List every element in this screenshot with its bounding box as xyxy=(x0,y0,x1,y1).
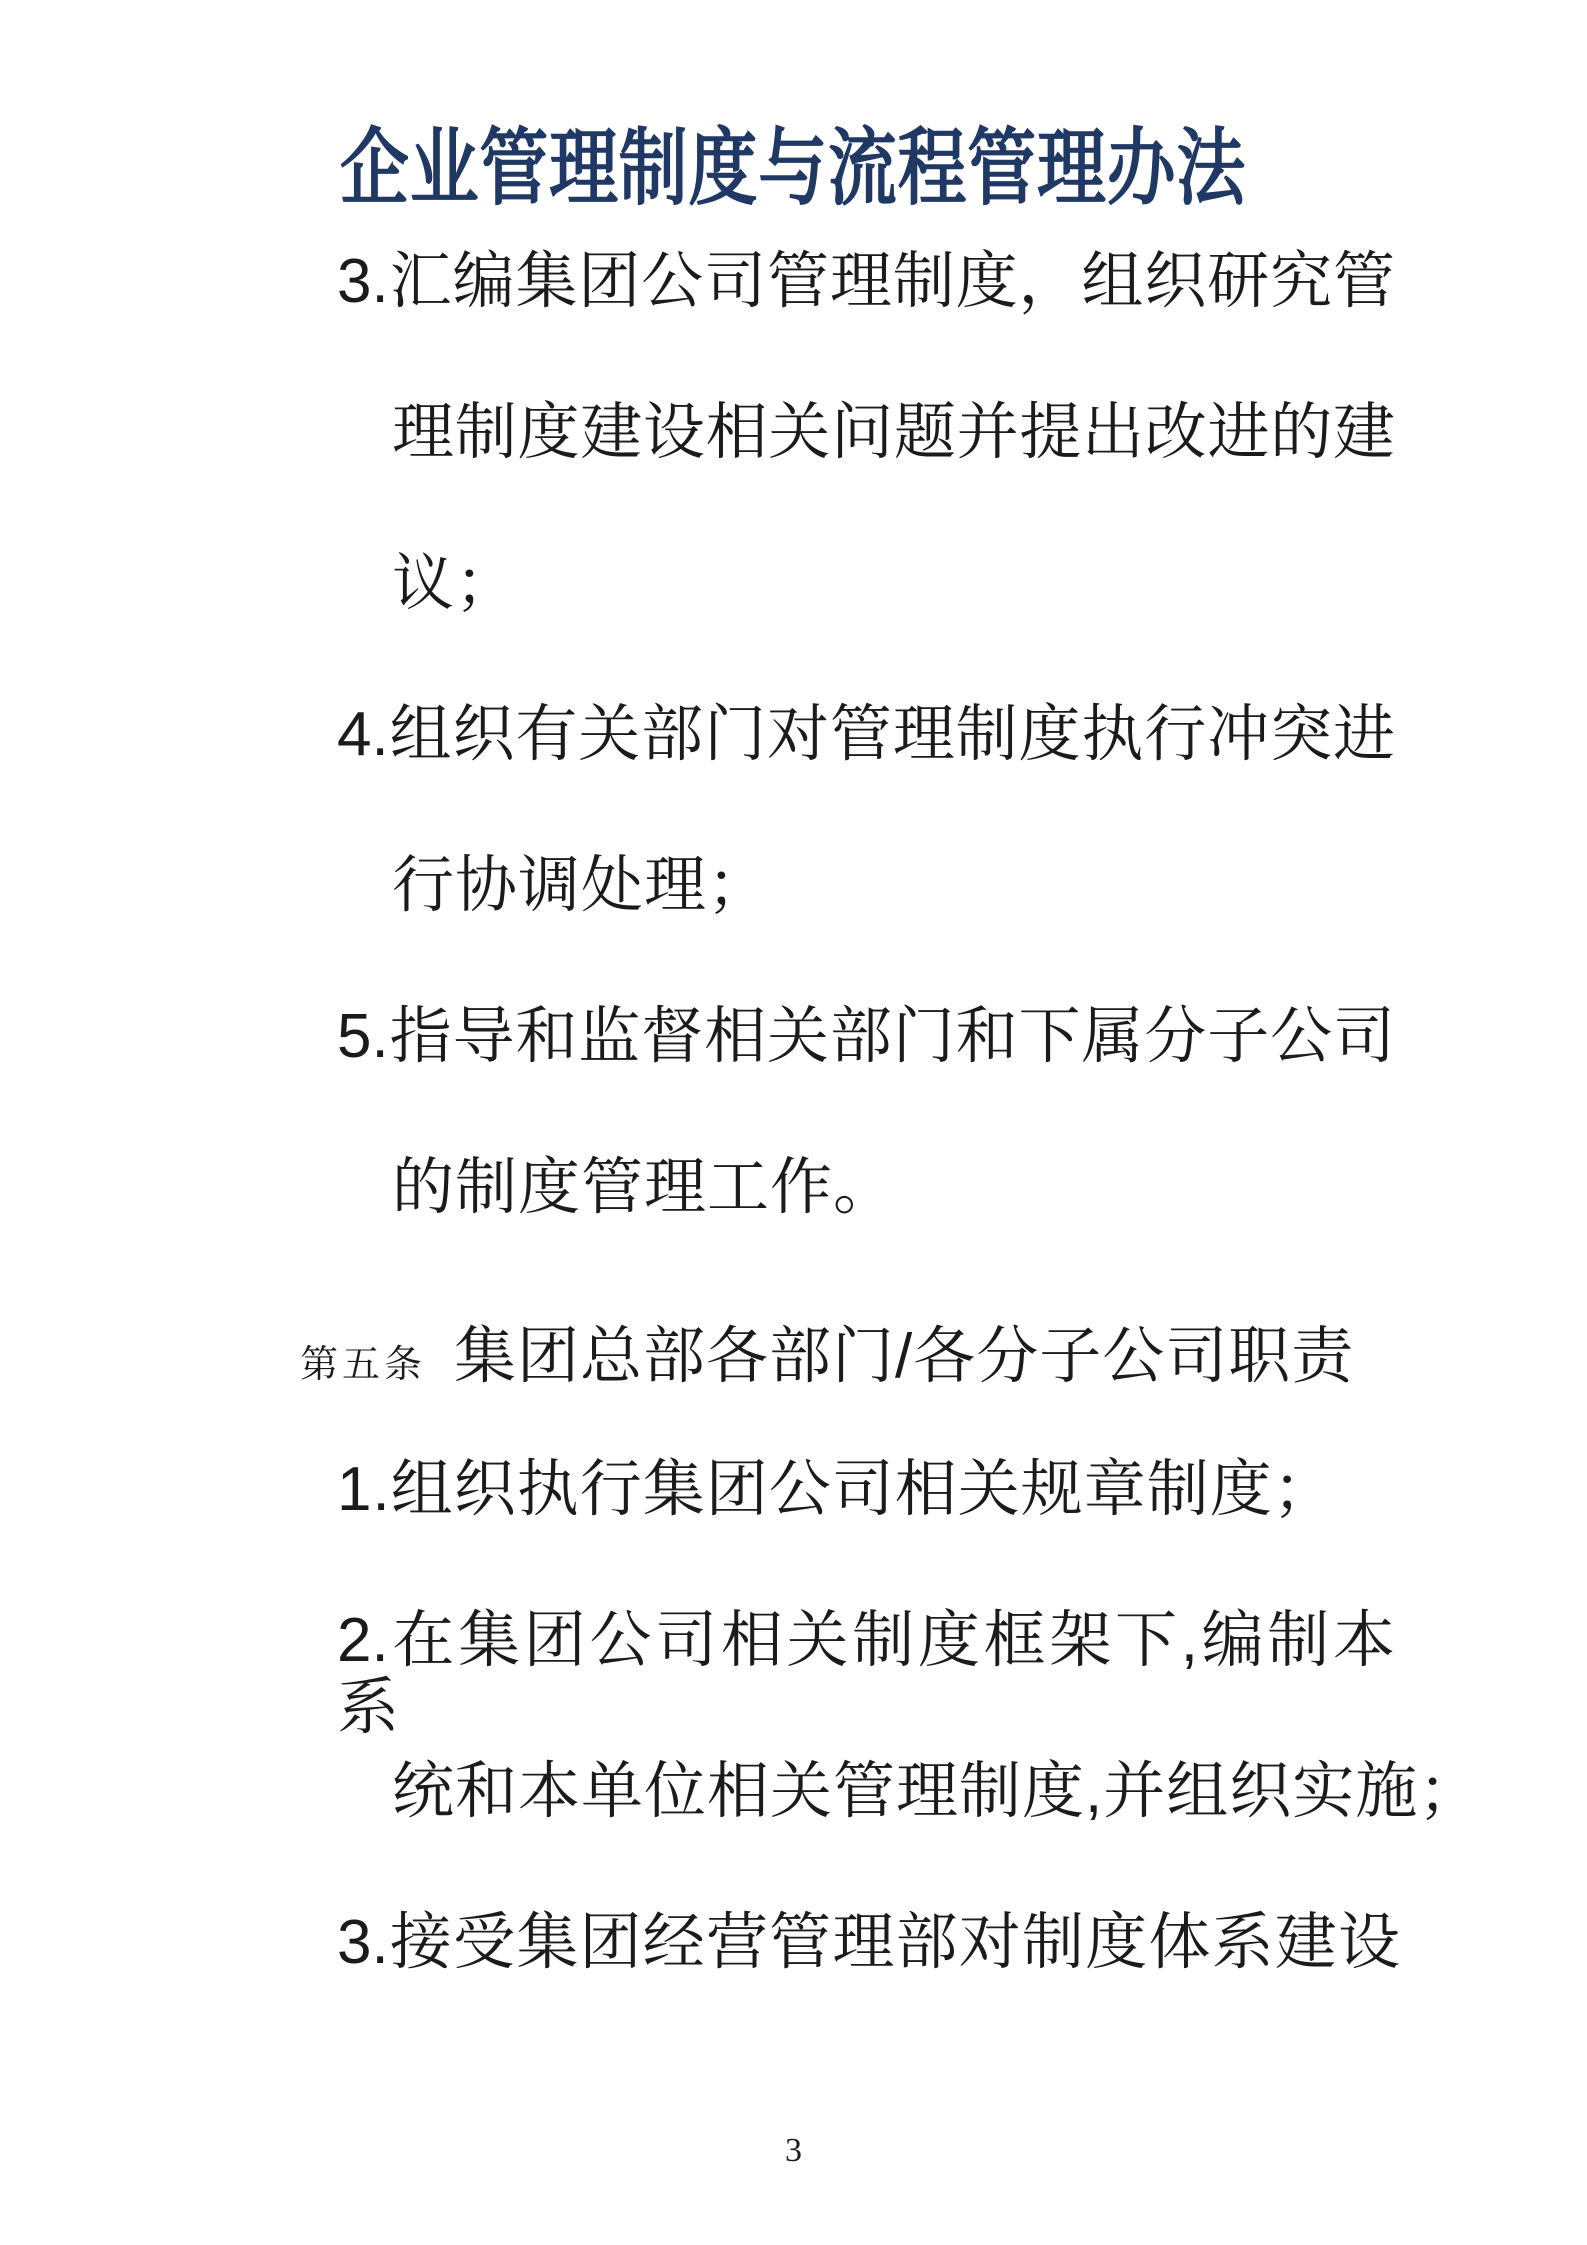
document-page: 企业管理制度与流程管理办法 3.汇编集团公司管理制度，组织研究管 理制度建设相关… xyxy=(0,0,1587,2245)
body-line-item3-1: 3.汇编集团公司管理制度，组织研究管 xyxy=(337,249,1395,316)
article-number-label: 第五条 xyxy=(300,1344,426,1386)
body-line-item4-1: 4.组织有关部门对管理制度执行冲突进 xyxy=(337,702,1395,769)
body-line-sub2-2: 统和本单位相关管理制度,并组织实施； xyxy=(392,1759,1481,1826)
body-line-sub3-1: 3.接受集团经营管理部对制度体系建设 xyxy=(337,1910,1400,1977)
body-line-item5-2: 的制度管理工作。 xyxy=(392,1155,896,1222)
body-line-item3-2: 理制度建设相关问题并提出改进的建 xyxy=(392,400,1395,467)
article-heading: 集团总部各部门/各分子公司职责 xyxy=(454,1322,1354,1391)
document-title: 企业管理制度与流程管理办法 xyxy=(340,122,1246,214)
body-line-item3-3: 议； xyxy=(392,551,518,618)
page-number: 3 xyxy=(0,2132,1587,2170)
body-line-sub2-1: 2.在集团公司相关制度框架下,编制本系 xyxy=(337,1608,1395,1742)
body-line-sub1: 1.组织执行集团公司相关规章制度； xyxy=(337,1457,1336,1524)
body-line-item4-2: 行协调处理； xyxy=(392,853,770,920)
article-heading-row: 第五条集团总部各部门/各分子公司职责 xyxy=(300,1306,1354,1395)
body-line-item5-1: 5.指导和监督相关部门和下属分子公司 xyxy=(337,1004,1395,1071)
